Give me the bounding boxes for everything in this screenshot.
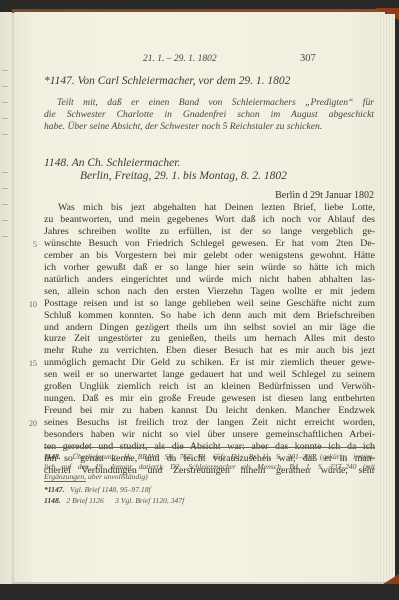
entry-1147-summary-line: Teilt mit, daß er einen Band von Schleie… (57, 97, 374, 108)
entry-1147-heading: *1147. Von Carl Schleiermacher, vor dem … (44, 75, 290, 87)
letter-body-line: zu beantworten, und mein gegebenes Wort … (44, 214, 375, 226)
letter-body-line: und andern Dingen gezögert theils um ihn… (44, 322, 375, 334)
transmission-note-line: lich auf den 19. Januar datiert); D2: Sc… (44, 462, 375, 471)
letter-body-line: wünschte Besuch von Friedrich Schlegel g… (44, 238, 375, 250)
letter-body-line: natürlich anders eingerichtet und würde … (44, 274, 375, 286)
note-1147: *1147. Vgl. Brief 1148, 95–97.18f (44, 485, 151, 494)
letter-body-line: besonders haben wir nicht so viel über u… (44, 429, 375, 441)
scanned-book-page: 21. 1. – 29. 1. 1802 307 *1147. Von Carl… (0, 0, 399, 600)
letter-body-line: nungen. Daß es mir ein große Freude gewe… (44, 393, 375, 405)
entry-1148-place-date: Berlin, Freitag, 29. 1. bis Montag, 8. 2… (80, 170, 287, 182)
line-number: 20 (29, 419, 37, 428)
line-number: 15 (29, 359, 37, 368)
transmission-note-line: Ergänzungen, aber unvollständig) (44, 472, 148, 481)
page-bottom-edge (12, 582, 397, 584)
letter-body-line: mehr Ruhe zu verrichten. Eben dieser Bes… (44, 345, 375, 357)
line-number: 5 (33, 240, 37, 249)
running-head: 21. 1. – 29. 1. 1802 (143, 54, 217, 64)
entry-1147-summary-line: die Schwester Charlotte in Gnadenfrei sc… (44, 109, 374, 120)
letter-body-line: sen, allein schon nach den ersten Vierze… (44, 286, 375, 298)
letter-body-line: unmöglich gemacht Dir Geld zu schiken. E… (44, 357, 375, 369)
facing-page-edge (0, 12, 14, 584)
page-stack-edge (378, 14, 395, 582)
transmission-note-line: 1148. Überlieferung: H: BBAW, SN 767, Bl… (44, 452, 375, 461)
letter-body-line: Posttage reisen und ist so lange geblieb… (44, 298, 375, 310)
letter-body-line: kurze Zeit ungestörter zu genießen, thei… (44, 333, 375, 345)
letter-dateline: Berlin d 29t Januar 1802 (275, 190, 374, 201)
note-1148: 1148. 2 Brief 1126 3 Vgl. Brief 1120, 34… (44, 496, 184, 505)
apparatus-rule (44, 447, 375, 448)
letter-body-line: cember an bis Vorgestern bei mir gelebt … (44, 250, 375, 262)
entry-1148-heading: 1148. An Ch. Schleiermacher. (44, 157, 180, 169)
letter-body-line: großen Unglük ziemlich reich ist an klei… (44, 381, 375, 393)
notes-rule (44, 481, 86, 482)
letter-body-line: seines Besuchs ist freilich troz der lan… (44, 417, 375, 429)
letter-body-line: Jahres schreiben wollte zu erfüllen, ist… (44, 226, 375, 238)
line-number: 10 (29, 300, 37, 309)
page-number: 307 (300, 53, 316, 64)
letter-body-line: Schluß kommen konnten. So habe ich denn … (44, 310, 375, 322)
letter-body-line: Freund bei mir zu haben kannst Du leicht… (44, 405, 375, 417)
letter-body-line: Was mich bis jezt abgehalten hat Deinen … (58, 202, 375, 214)
letter-body-line: sen weil er so unerwartet lange gedauert… (44, 369, 375, 381)
entry-1147-summary-line: habe. Über seine Absicht, der Schwester … (44, 121, 374, 132)
letter-body-line: ich vorher gewußt daß er so lange hier s… (44, 262, 375, 274)
